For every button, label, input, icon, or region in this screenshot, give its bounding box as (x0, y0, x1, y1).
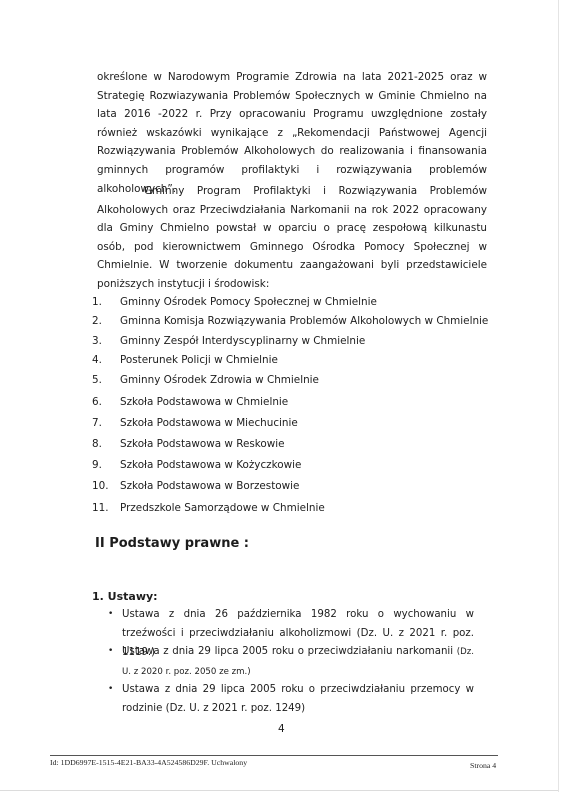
footer-document-id: Id: 1DD6997E-1515-4E21-BA33-4A524586D29F… (50, 758, 247, 767)
bullet-icon: • (108, 605, 113, 624)
list-item-label: Przedszkole Samorządowe w Chmielnie (120, 502, 325, 514)
list-item-label: Gminny Zespół Interdyscyplinarny w Chmie… (120, 335, 365, 347)
document-page: określone w Narodowym Programie Zdrowia … (0, 0, 565, 800)
law-text: Ustawa z dnia 29 lipca 2005 roku o przec… (122, 642, 474, 682)
law-text: Ustawa z dnia 29 lipca 2005 roku o przec… (122, 680, 474, 718)
law-title: Ustawa z dnia 29 lipca 2005 roku o przec… (122, 684, 474, 714)
bullet-icon: • (108, 642, 113, 661)
page-edge-right (558, 0, 559, 792)
intro-paragraph: określone w Narodowym Programie Zdrowia … (97, 68, 487, 198)
list-item-label: Szkoła Podstawowa w Reskowie (120, 438, 285, 450)
page-edge-bottom (0, 790, 558, 791)
list-item-number: 6. (92, 396, 102, 408)
list-item-number: 5. (92, 374, 102, 386)
list-item-number: 2. (92, 315, 102, 327)
footer-divider (50, 755, 498, 756)
list-item-number: 1. (92, 296, 102, 308)
list-item-number: 8. (92, 438, 102, 450)
subsection-heading: 1. Ustawy: (92, 590, 158, 603)
list-item-label: Gminny Ośrodek Pomocy Społecznej w Chmie… (120, 296, 377, 308)
page-number: 4 (278, 723, 285, 735)
list-item-label: Szkoła Podstawowa w Miechucinie (120, 417, 298, 429)
list-item-number: 11. (92, 502, 109, 514)
footer-page-label: Strona 4 (470, 761, 496, 770)
list-item-label: Szkoła Podstawowa w Chmielnie (120, 396, 288, 408)
paragraph-text: Gminny Program Profilaktyki i Rozwiązywa… (97, 182, 487, 294)
list-item-label: Posterunek Policji w Chmielnie (120, 354, 278, 366)
list-item-number: 10. (92, 480, 109, 492)
list-item-label: Szkoła Podstawowa w Kożyczkowie (120, 459, 301, 471)
program-paragraph: Gminny Program Profilaktyki i Rozwiązywa… (97, 182, 487, 294)
list-item-label: Gminna Komisja Rozwiązywania Problemów A… (120, 315, 488, 327)
list-item-number: 9. (92, 459, 102, 471)
list-item-label: Gminny Ośrodek Zdrowia w Chmielnie (120, 374, 319, 386)
bullet-icon: • (108, 680, 113, 699)
paragraph-text: określone w Narodowym Programie Zdrowia … (97, 68, 487, 198)
list-item-number: 3. (92, 335, 102, 347)
section-heading: II Podstawy prawne : (95, 536, 249, 551)
list-item-label: Szkoła Podstawowa w Borzestowie (120, 480, 299, 492)
list-item-number: 7. (92, 417, 102, 429)
law-title: Ustawa z dnia 29 lipca 2005 roku o przec… (122, 646, 457, 657)
list-item-number: 4. (92, 354, 102, 366)
